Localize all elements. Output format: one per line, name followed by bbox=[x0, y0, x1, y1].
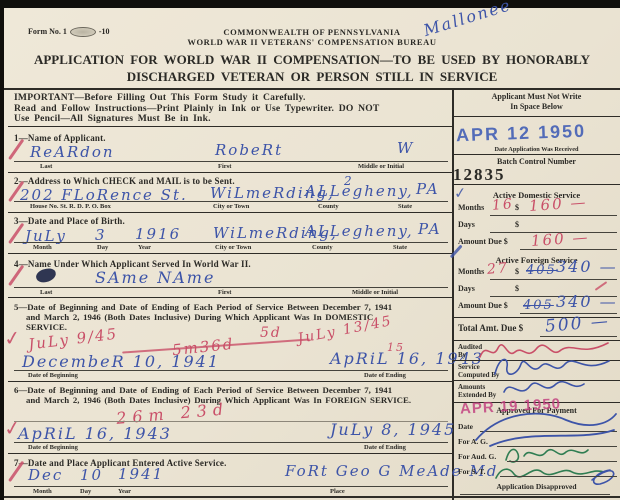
sub-label-month: Month bbox=[33, 488, 52, 495]
received-label: Date Application Was Received bbox=[453, 146, 620, 153]
sub-label-day: Day bbox=[97, 244, 108, 251]
foreign-due-crossed-out: 405 bbox=[523, 298, 554, 313]
birth-county-value: ALLegheny, bbox=[305, 222, 414, 240]
sub-label-date-of-beginning: Date of Beginning bbox=[28, 444, 78, 451]
domestic-begin-value: DecembeR 10, 1941 bbox=[22, 352, 220, 371]
dollar-sign: $ bbox=[515, 203, 519, 212]
domestic-amount-due-label: Amount Due $ bbox=[458, 237, 508, 246]
name-last-value: ReARdon bbox=[30, 143, 115, 161]
domestic-amount-due-value: 160 — bbox=[530, 228, 590, 250]
birth-year-value: 1916 bbox=[135, 225, 181, 243]
dollar-sign: $ bbox=[515, 284, 519, 293]
total-amount-value: 500 — bbox=[544, 311, 610, 337]
for-st-label: For S. T. bbox=[458, 467, 486, 476]
domestic-months-amount: 160 — bbox=[528, 193, 588, 215]
field-6-label-l1: 6—Date of Beginning and Date of Ending o… bbox=[14, 385, 392, 395]
red-checkmark: ✓ bbox=[2, 325, 22, 351]
domestic-months-value: 16 bbox=[491, 196, 514, 214]
sub-label-first: First bbox=[218, 163, 231, 170]
address-state-value: PA bbox=[416, 180, 440, 198]
form-title-line1: APPLICATION FOR WORLD WAR II COMPENSATIO… bbox=[4, 52, 620, 68]
no-write-line1: Applicant Must Not Write bbox=[453, 92, 620, 101]
domestic-months-label: Months bbox=[458, 203, 484, 212]
birth-state-value: PA bbox=[418, 220, 442, 238]
name-middle-value: W bbox=[397, 139, 414, 157]
sub-label-city: City or Town bbox=[215, 244, 251, 251]
red-stroke bbox=[595, 281, 608, 291]
date-received-stamp: APR 12 1950 bbox=[456, 121, 587, 147]
entered-month-value: Dec bbox=[28, 466, 63, 484]
for-aud-g-label: For Aud. G. bbox=[458, 452, 496, 461]
batch-number: 12835 bbox=[453, 165, 506, 185]
foreign-months-label: Months bbox=[458, 267, 484, 276]
served-name-value: SAme NAme bbox=[95, 268, 215, 287]
bureau-name: WORLD WAR II VETERANS' COMPENSATION BURE… bbox=[4, 37, 620, 47]
sub-label-state: State bbox=[398, 203, 412, 210]
sub-label-date-of-beginning: Date of Beginning bbox=[28, 372, 78, 379]
for-ag-label: For A. G. bbox=[458, 437, 488, 446]
field-2-label: 2—Address to Which CHECK and MAIL is to … bbox=[14, 176, 235, 186]
field-5-label-l1: 5—Date of Beginning and Date of Ending o… bbox=[14, 302, 392, 312]
sub-label-month: Month bbox=[33, 244, 52, 251]
sub-label-state: State bbox=[393, 244, 407, 251]
foreign-amount-due-value: 340 — bbox=[556, 292, 618, 311]
bottom-border bbox=[4, 496, 620, 498]
address-county-value: ALLegheny, bbox=[305, 182, 414, 200]
foreign-months-value: 27 bbox=[486, 260, 509, 278]
red-correction-15: 15 bbox=[387, 341, 405, 354]
sub-label-place: Place bbox=[330, 488, 345, 495]
foreign-begin-value: ApRiL 16, 1943 bbox=[18, 424, 172, 443]
scanned-form-paper: Form No. 1-10 COMMONWEALTH OF PENNSYLVAN… bbox=[4, 8, 620, 500]
instructions-line3: Use Pencil—All Signatures Must Be in Ink… bbox=[14, 113, 211, 124]
amounts-extended-label-l1: Amounts bbox=[458, 383, 485, 391]
org-name: COMMONWEALTH OF PENNSYLVANIA bbox=[4, 27, 620, 37]
sub-label-day: Day bbox=[80, 488, 91, 495]
sub-label-first: First bbox=[218, 289, 231, 296]
service-computed-label-l1: Service bbox=[458, 363, 480, 371]
foreign-amount-due-label: Amount Due $ bbox=[458, 301, 508, 310]
ink-blot bbox=[35, 267, 57, 284]
field-1-label: 1—Name of Applicant. bbox=[14, 133, 106, 143]
sub-label-year: Year bbox=[118, 488, 131, 495]
foreign-end-value: JuLy 8, 1945 bbox=[330, 420, 456, 439]
total-amount-label: Total Amt. Due $ bbox=[458, 323, 523, 333]
entered-year-value: 1941 bbox=[118, 465, 164, 483]
field-3-label: 3—Date and Place of Birth. bbox=[14, 216, 125, 226]
domestic-days-label: Days bbox=[458, 220, 475, 229]
header-divider bbox=[4, 88, 620, 90]
sub-label-county: County bbox=[318, 203, 339, 210]
field-5-label-l2: and March 2, 1946 (Both Dates Inclusive)… bbox=[26, 312, 373, 322]
sub-label-date-of-ending: Date of Ending bbox=[364, 372, 406, 379]
foreign-days-label: Days bbox=[458, 284, 475, 293]
sub-label-date-of-ending: Date of Ending bbox=[364, 444, 406, 451]
sub-label-middle: Middle or Initial bbox=[358, 163, 404, 170]
sub-label-county: County bbox=[312, 244, 333, 251]
red-note-domestic-3: 5d bbox=[260, 325, 282, 341]
name-first-value: RobeRt bbox=[215, 141, 283, 159]
foreign-amount-crossed-out: 405 bbox=[526, 263, 557, 278]
dollar-sign: $ bbox=[515, 267, 519, 276]
sub-label-city: City or Town bbox=[213, 203, 249, 210]
amounts-extended-label-l2: Extended By bbox=[458, 391, 496, 399]
sub-label-street: House No. St. R. D. P. O. Box bbox=[30, 203, 111, 210]
sub-label-last: Last bbox=[40, 163, 52, 170]
no-write-line2: In Space Below bbox=[453, 102, 620, 111]
entered-day-value: 10 bbox=[80, 466, 103, 484]
sub-label-last: Last bbox=[40, 289, 52, 296]
dollar-sign: $ bbox=[515, 220, 519, 229]
sub-label-middle: Middle or Initial bbox=[352, 289, 398, 296]
application-disapproved-label: Application Disapproved bbox=[453, 482, 620, 491]
audited-by-label-l2: By bbox=[458, 351, 466, 359]
sub-label-year: Year bbox=[138, 244, 151, 251]
form-title-line2: DISCHARGED VETERAN OR PERSON STILL IN SE… bbox=[4, 69, 620, 85]
instructions-line1: IMPORTANT—Before Filling Out This Form S… bbox=[14, 92, 306, 103]
foreign-amount-value: 340 — bbox=[556, 257, 618, 276]
